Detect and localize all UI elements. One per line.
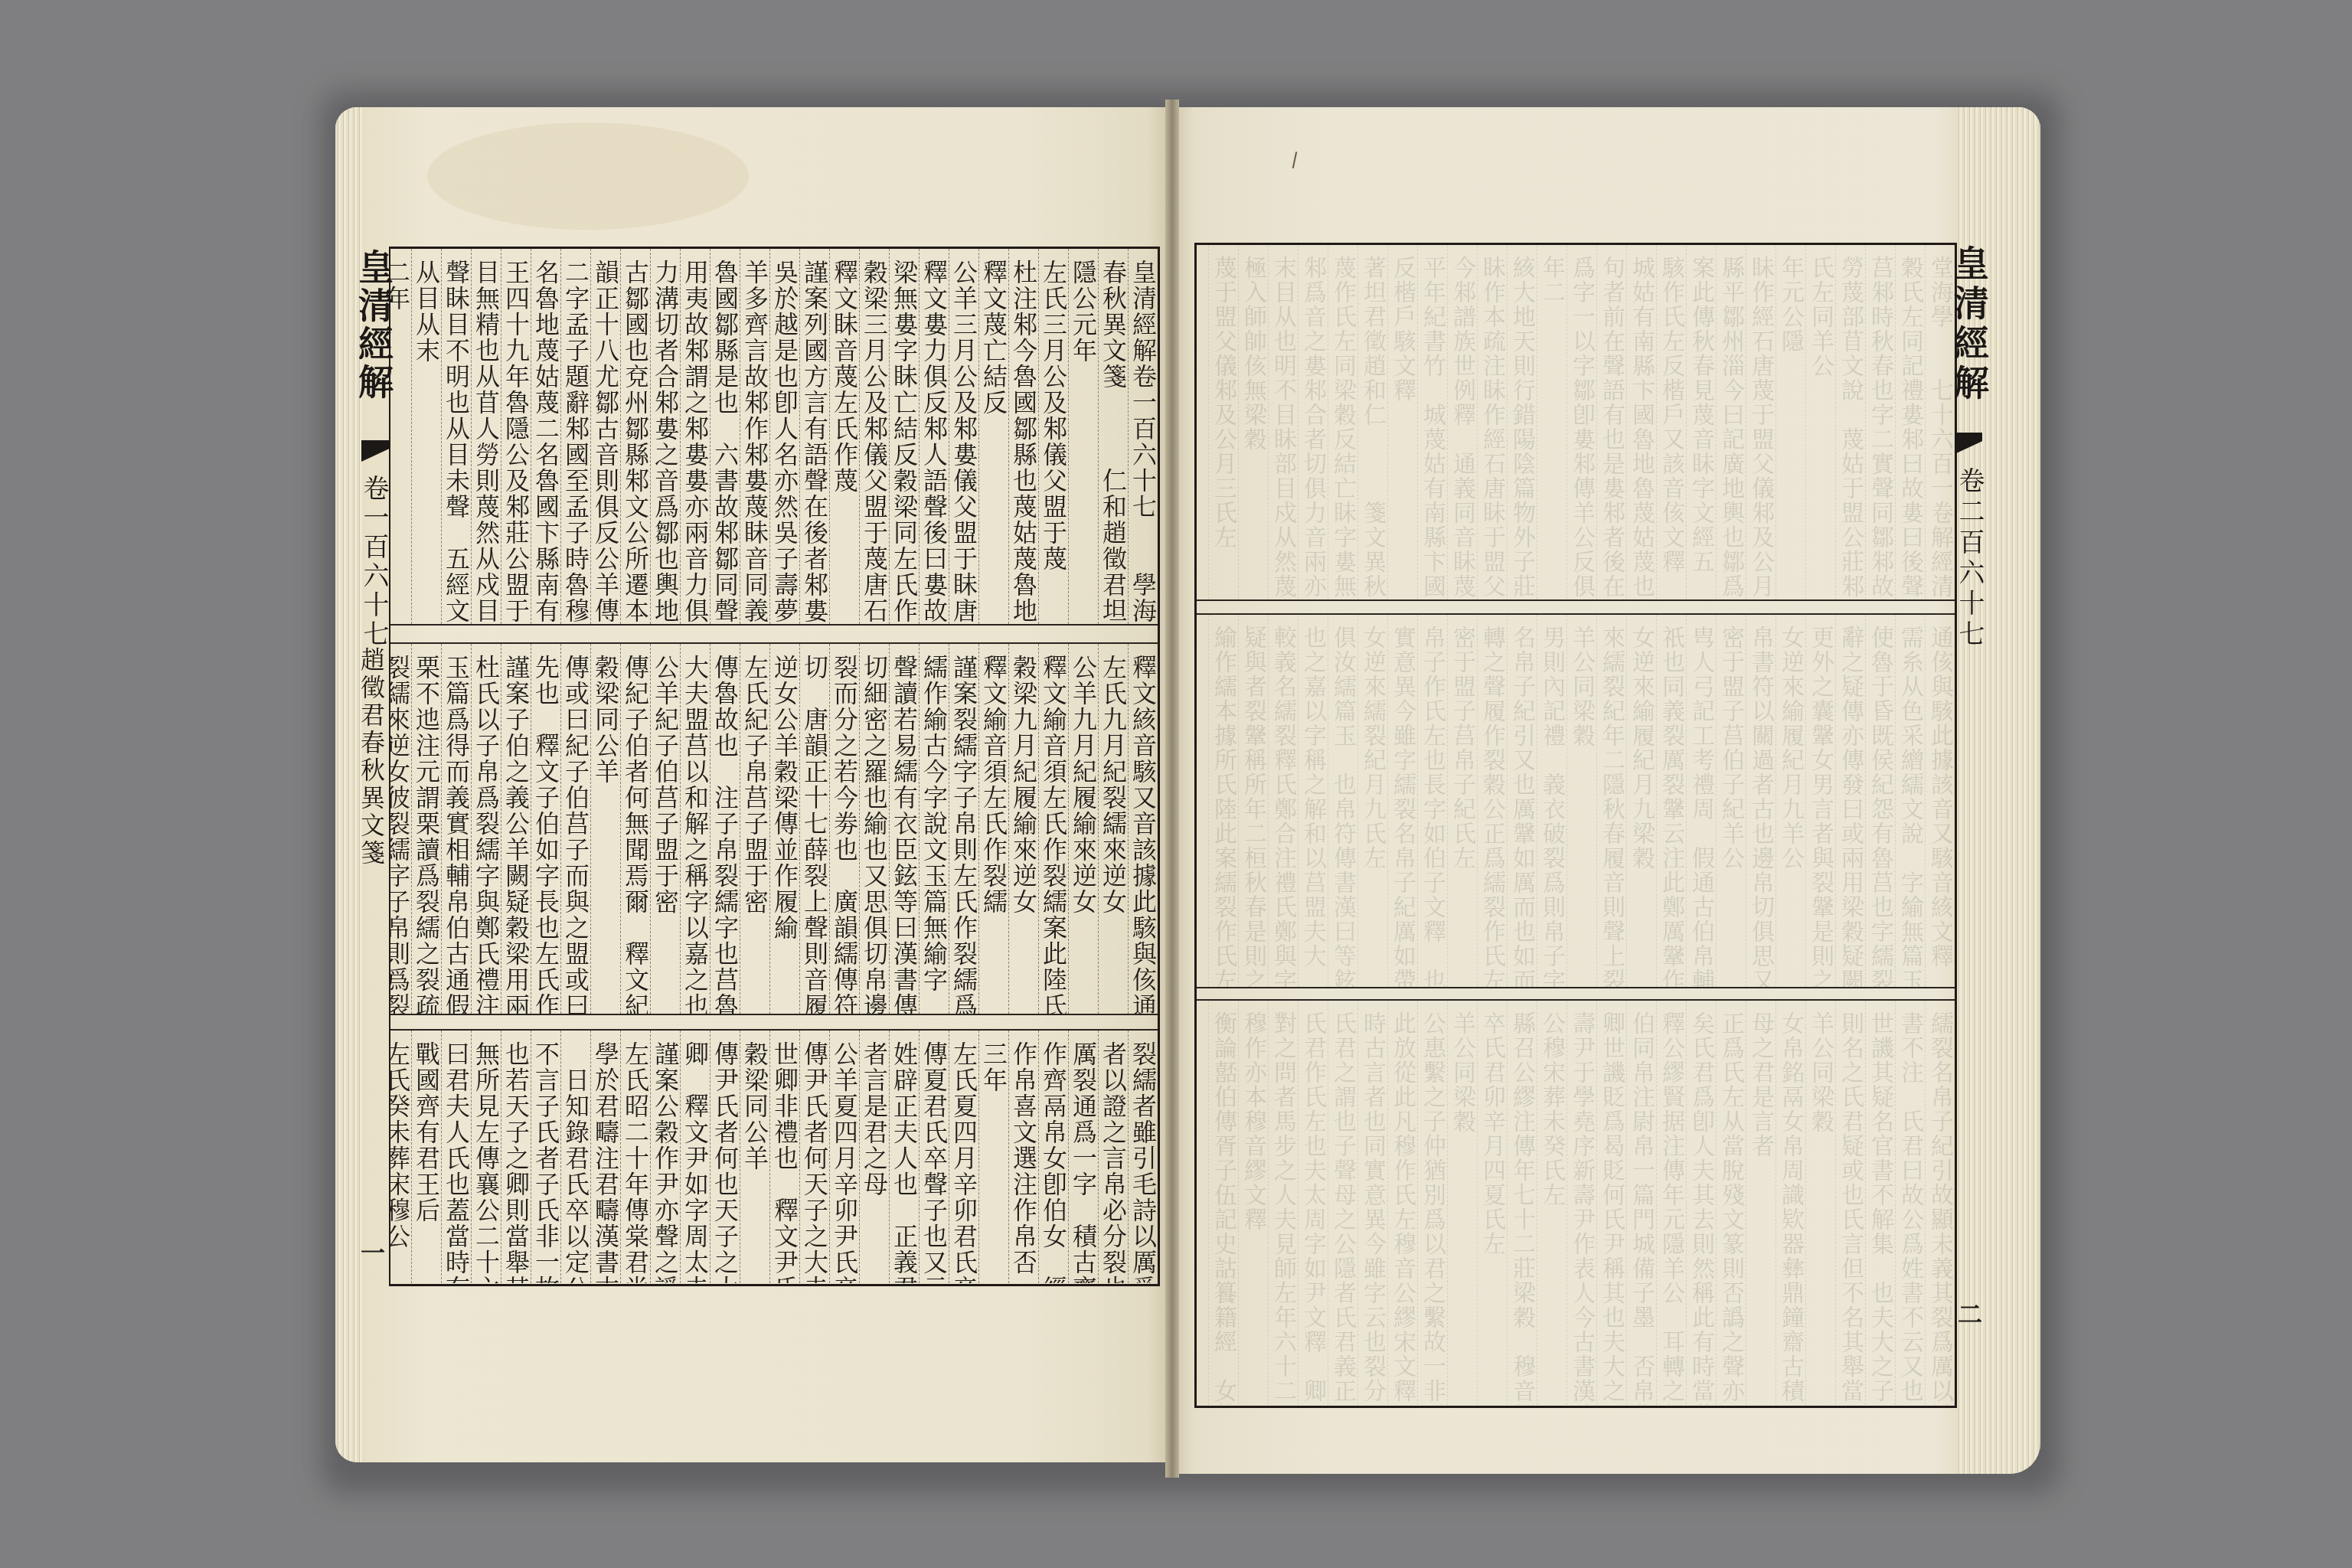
bleed-through-column: 名帛子紀引又也厲鞶如厲而也如而云注彼案也飾之帛 [1507, 615, 1537, 987]
bleed-through-column: 祇也同義裂厲裂鞶云注此鄭厲鞶作傳案與稱故定未而 [1656, 615, 1686, 987]
bleed-through-column: 伯同帛注尉帛一篇門城備子墨 否帛作注選文喜帛作 [1626, 1001, 1656, 1405]
text-column: 曰君夫人氏也蓋當時有此稱然則去其夫人卽爲君氏矣 [441, 1031, 471, 1283]
bleed-through-column: 平年紀書竹 城蔑姑有南縣卞國魯名二蔑姑蔑地魯名 [1417, 245, 1447, 599]
paper-mark [1292, 152, 1298, 168]
text-column: 韻正十八尤鄒古音則俱反公羊傳邾婁卽鄒字以一字爲 [590, 249, 620, 624]
bleed-through-column: 壽尹于學堯序新壽尹作表人今古書漢疇君注疇君於學 [1566, 1001, 1596, 1405]
text-column: 春秋異文箋 仁和趙徵君坦著 [1098, 249, 1128, 624]
bleed-through-column: 女帛銘鬲女帛周識欵器彝鼎鐘齋古積 字一爲通裂厲 [1775, 1001, 1805, 1405]
text-column: 杜氏以子帛爲裂繻字與鄭氏禮注合鄭氏釋裂繻名義較 [471, 644, 501, 1014]
bleed-through-column: 時古言者也同實意異今雖字云也裂分必帛言之證以者 [1357, 1001, 1387, 1405]
text-column: 穀梁九月紀履緰來逆女 [1008, 644, 1038, 1014]
text-column: 厲裂通爲一字 積古齋鐘鼎彝器欵識周帛女鬲銘帛女 [1068, 1031, 1098, 1283]
text-column: 聲讀若易繻有衣臣鉉等曰漢書傳符帛也 玉篇繻汝俱 [889, 644, 919, 1014]
text-column: 力溝切者合邾婁之音爲鄒也輿地廣記曰今淄州鄒平縣 [650, 249, 680, 624]
text-column: 釋文絯音駭又音該據此駭與侅通 [1128, 644, 1158, 1014]
text-column: 裂繻者雖引毛詩以厲爲裂其義未顯故引紀子帛名裂繻 [1128, 1031, 1158, 1283]
text-column: 戰國齊有君王后 [411, 1031, 441, 1283]
text-column: 二年 [390, 249, 411, 624]
text-column: 也若天子之卿則當舉其名不但言氏也或疑君氏之名則 [501, 1031, 531, 1283]
bleed-through-column: 衡論嚭伯傳胥子伍記史詁籑籍經 女伯卽女帛鬲齊作 [1208, 1001, 1238, 1405]
register-bottom-ghost: 繻裂名帛子紀引故顯未義其裂爲厲以詩毛引雖者繻裂書不注 氏君曰故公爲姓書不云又也子… [1197, 999, 1955, 1405]
text-column: 者以證之言帛必分裂也云字雖今異意實同也者言古時 [1098, 1031, 1128, 1283]
register-bottom: 裂繻者雖引毛詩以厲爲裂其義未顯故引紀子帛名裂繻者以證之言帛必分裂也云字雖今異意實… [390, 1029, 1158, 1283]
bleed-through-column: 公穆宋葬未癸氏左 [1537, 1001, 1566, 1405]
text-column: 名魯地蔑姑蔑二名魯國卞縣南有姑蔑城 竹書紀年平 [531, 249, 560, 624]
text-column: 釋文婁力俱反邾人語聲後曰婁故曰邾婁禮記同左氏穀 [919, 249, 949, 624]
bleed-through-column: 公惠繫之子仲猶別爲以君之繫故一非氏子者氏子言不 [1417, 1001, 1447, 1405]
register-top: 皇清經解卷一百六十七 學海堂春秋異文箋 仁和趙徵君坦著隱公元年左氏三月公及邾儀父… [390, 249, 1158, 626]
text-column: 栗不迆注元謂栗讀爲裂繻之裂疏讀從隱元年左氏傳紀 [411, 644, 441, 1014]
bleed-through-column: 繻裂名帛子紀引故顯未義其裂爲厲以詩毛引雖者繻裂 [1925, 1001, 1955, 1405]
text-column: 穀梁同公羊 [740, 1031, 769, 1283]
text-column: 魯國鄒縣是也 六書故邾鄒同聲實二字也春秋時邾莒 [710, 249, 740, 624]
bleed-through-column: 羊公同梁穀 [1805, 1001, 1835, 1405]
text-column: 學於君疇注君疇漢書古今人表作尹壽新序堯學于尹壽 [590, 1031, 620, 1283]
bleed-through-column: 年元公隱 [1775, 245, 1805, 599]
left-text-frame: 皇清經解卷一百六十七 學海堂春秋異文箋 仁和趙徵君坦著隱公元年左氏三月公及邾儀父… [389, 247, 1160, 1286]
bleed-through-column: 密于盟子莒伯子紀羊公 [1716, 615, 1746, 987]
left-banxin-title: 皇清經解 [361, 249, 389, 402]
text-column: 傳或曰紀子伯莒子而與之盟或曰年同爵同故紀子以伯 [560, 644, 590, 1014]
text-column: 者言是君之母 [859, 1031, 889, 1283]
text-column: 公羊九月紀履緰來逆女 [1068, 644, 1098, 1014]
text-column: 隱公元年 [1068, 249, 1098, 624]
left-page-number: 一 [361, 1240, 389, 1265]
bleed-through-column: 疑與者裂鞶稱所年二桓秋春是則之緣而飾物之帛繒有 [1238, 615, 1268, 987]
bleed-through-column: 較義名繻裂釋氏鄭合注禮氏鄭與字繻裂爲帛子以氏杜 [1268, 615, 1298, 987]
text-column: 繻作緰古今字說文玉篇無緰字 說文繻繒采色从糸需 [919, 644, 949, 1014]
text-column: 二字孟子題辭邾國至孟子時魯穆公改曰鄒 釋例土地 [560, 249, 590, 624]
right-banxin-juan: 卷二百六十七 [1955, 467, 1986, 651]
text-column: 裂繻來逆女彼裂繻字子帛則爲裂破衣義 禮記內則男 [390, 644, 411, 1014]
bleed-through-column: 極入師帥侅無梁穀 [1238, 245, 1268, 599]
bleed-through-column: 縣召公繆注傳年七十二莊梁穀 穆音繆文釋姜繆與姜 [1507, 1001, 1537, 1405]
text-column: 梁無婁字眛亡結反穀梁同左氏作蔑 [889, 249, 919, 624]
text-column: 釋文蔑亡結反 [978, 249, 1008, 624]
bleed-through-column: 女逆來繻裂紀月九氏左 [1357, 615, 1387, 987]
text-column: 古鄒國也兗州鄒縣邾文公所遷本繹邑也有孟子家 唐 [620, 249, 650, 624]
bleed-through-column: 眛作本疏注眛作經石唐眛于盟父儀婁邾及公月三羊公 [1477, 245, 1507, 599]
bleed-through-column: 通侅與駭此據該音又駭音絯文釋 [1925, 615, 1955, 987]
bleed-through-column: 卿世譏貶爲曷貶何氏尹稱其也夫大之子天何者氏尹傳 [1596, 1001, 1626, 1405]
text-column: 左氏昭二十年傳棠君尚釋文君或作尹 荀子大略篇堯 [620, 1031, 650, 1283]
text-column: 左氏癸未葬宋穆公 [390, 1031, 411, 1283]
text-column: 作帛喜文選注作帛否 墨子備城門篇一帛尉注帛同伯 [1008, 1031, 1038, 1283]
text-column: 傳尹氏者何也天子之大夫也 集解不書官名疑其譏世 [710, 1031, 740, 1283]
bleed-through-column: 母之君是言者 [1746, 1001, 1775, 1405]
register-top-ghost: 堂海學 七十六百一卷解經清皇穀氏左同記禮婁邾曰故婁曰後聲語人邾反俱力婁文釋莒邾時… [1197, 245, 1955, 601]
text-column: 公羊紀子伯莒子盟于密 [650, 644, 680, 1014]
register-middle-ghost: 通侅與駭此據該音又駭音絯文釋需糸从色采繒繻文說 字緰無篇玉文說字今古緰作繻使魯于… [1197, 613, 1955, 988]
left-banxin-juan: 卷一百六十七 [361, 475, 389, 649]
bleed-through-column: 爲字一以字鄒卽婁邾傳羊公反俱則音古鄒尤八十正韻 [1566, 245, 1596, 599]
text-column: 謹案公穀作尹亦聲之譌否則篆文殘脫當从左氏爲正 [650, 1031, 680, 1283]
text-column: 傳紀子伯者何無聞焉爾 釋文紀子伯左氏作子帛 [620, 644, 650, 1014]
bleed-through-column: 辭之疑傳亦傳發曰或兩用梁穀疑闕羊公義之伯子案謹 [1835, 615, 1865, 987]
text-column: 日知錄君氏卒以定公十五年姒氏卒例之從左氏爲是 [560, 1031, 590, 1283]
bleed-through-column: 世譏其疑名官書不解集 也夫大之子天也何者氏尹傳 [1865, 1001, 1895, 1405]
text-column: 傳夏君氏卒聲子也又云不書姓爲公故曰君氏 注不書 [919, 1031, 949, 1283]
text-column: 傳尹氏者何天子之大夫也其稱尹氏何貶曷爲貶譏世卿 [799, 1031, 829, 1283]
bleed-through-column: 氏君作氏左也夫太周字如尹文釋 卿 [1298, 1001, 1328, 1405]
text-column: 謹案列國方言有語聲在後者邾婁是也有語聲在前者句 [799, 249, 829, 624]
text-column: 釋文眛音蔑左氏作蔑 [829, 249, 859, 624]
text-column: 左氏三月公及邾儀父盟于蔑 [1038, 249, 1068, 624]
bleed-through-column: 羊公同梁穀 [1447, 1001, 1477, 1405]
bleed-through-column: 矣氏君爲卽人夫其去則然稱此有時當蓋也氏人夫君曰 [1686, 1001, 1716, 1405]
text-column: 三年 [978, 1031, 1008, 1283]
text-column: 羊多齊言故邾作邾婁蔑眛音同義通 釋例世族譜邾今 [740, 249, 769, 624]
bleed-through-column: 來繻裂紀年二隱秋春履音則聲上裂薛七十正韻唐 切 [1596, 615, 1626, 987]
register-middle: 釋文絯音駭又音該據此駭與侅通左氏九月紀裂繻來逆女公羊九月紀履緰來逆女釋文緰音須左… [390, 642, 1158, 1015]
text-column: 釋文緰音須左氏作裂繻案此陸氏所據本繻作緰 [1038, 644, 1068, 1014]
text-column: 穀梁三月公及邾儀父盟于蔑唐石經作眛 [859, 249, 889, 624]
bleed-through-column: 年二 [1537, 245, 1566, 599]
text-column: 無所見左傳襄公二十六年左師見夫人之步馬者問之對 [471, 1031, 501, 1283]
text-column: 大夫盟莒以和解之稱字以嘉之也 [680, 644, 710, 1014]
bleed-through-column: 穀氏左同記禮婁邾曰故婁曰後聲語人邾反俱力婁文釋 [1895, 245, 1925, 599]
bleed-through-column: 釋公繆賢据注傳年元隱羊公 耳轉之聲通穆與繆案謹 [1656, 1001, 1686, 1405]
text-column: 杜注邾今魯國鄒縣也蔑姑蔑魯地魯國卞縣南有姑城 [1008, 249, 1038, 624]
text-column: 玉篇爲得而義實相輔帛伯古通假 周禮考工記弓人㽕 [441, 644, 471, 1014]
text-column: 不言子氏者子氏非一故繫之君以爲別猶仲子之繫惠公 [531, 1031, 560, 1283]
bleed-through-column: 氏君之謂也子聲母之公隱者氏君義正 也人夫正辟姓 [1328, 1001, 1357, 1405]
bleed-through-column: 穆作亦本穆音繆文釋 [1238, 1001, 1268, 1405]
bleed-through-column: 句者前在聲語有也是婁邾者後在聲語有言方國列案謹 [1596, 245, 1626, 599]
bleed-through-column: 使魯于昏既侯紀怨有魯莒也字繻裂帛子注 也故魯傳 [1865, 615, 1895, 987]
text-column: 用夷故邾謂之邾婁婁亦兩音力俱切者合邾婁之音爲邾 [680, 249, 710, 624]
bleed-through-column: 更外之囊鞶女男言者與裂鞶是則之緣飾有云義正也同 [1805, 615, 1835, 987]
bleed-through-column: 蔑作氏左同梁穀反結亡眛字婁無梁 [1328, 245, 1357, 599]
text-column: 釋文緰音須左氏作裂繻 [978, 644, 1008, 1014]
text-column: 切 唐韻正十七薛裂上聲則音履春秋隱二年紀裂繻來 [799, 644, 829, 1014]
text-column: 左氏紀子帛莒子盟于密 [740, 644, 769, 1014]
text-column: 从目从末 [411, 249, 441, 624]
text-column: 左氏九月紀裂繻來逆女 [1098, 644, 1128, 1014]
bleed-through-column: 羊公同梁穀 [1566, 615, 1596, 987]
bleed-through-column: 末目从也明不目眛部目戍从然蔑則勞人苜从也精無目 [1268, 245, 1298, 599]
bleed-through-column: 正爲氏左从當脫殘文篆則否譌之聲亦尹作穀公案謹 [1716, 1001, 1746, 1405]
text-column: 謹案子伯之義公羊闕疑穀梁用兩或曰發傳亦傳疑之辭 [501, 644, 531, 1014]
left-banxin-book-title: 趙徵君春秋異文箋 [361, 647, 389, 867]
bleed-through-column: 著坦君徵趙和仁 箋文異秋春 [1357, 245, 1387, 599]
bleed-through-column: 氏左同羊公 [1805, 245, 1835, 599]
text-column: 皇清經解卷一百六十七 學海堂 [1128, 249, 1158, 624]
right-text-frame: 堂海學 七十六百一卷解經清皇穀氏左同記禮婁邾曰故婁曰後聲語人邾反俱力婁文釋莒邾時… [1194, 243, 1957, 1408]
bleed-through-column: 莒邾時秋春也字二實聲同鄒邾故書六 也是縣鄒國魯 [1865, 245, 1895, 599]
bleed-through-column: 帛書符以關過者古也邊帛切俱思又也緰也羅之密細切 [1746, 615, 1775, 987]
text-column: 先也 釋文子伯如字長也左氏作子帛 [531, 644, 560, 1014]
bleed-through-column: 卒氏君卯辛月四夏氏左 [1477, 1001, 1507, 1405]
text-column: 王四十九年魯隱公及邾莊公盟于姑蔑 說文苜部蔑勞 [501, 249, 531, 624]
text-column: 穀梁同公羊 [590, 644, 620, 1014]
bleed-through-column: 勞蔑部苜文說 蔑姑于盟公莊邾及公隱魯年九十四王 [1835, 245, 1865, 599]
text-column: 目無精也从苜人勞則蔑然从戍目部眛目不明也从目末 [471, 249, 501, 624]
bleed-through-column: 男則內記禮 義衣破裂爲則帛子字繻裂彼女逆來繻裂 [1537, 615, 1566, 987]
bleed-through-column: 邾爲音之婁邾合者切俱力音兩亦婁婁邾之謂邾故夷用 [1298, 245, 1328, 599]
text-column: 世卿非禮也 釋文尹氏左氏作君氏 [769, 1031, 799, 1283]
bleed-through-column: 今邾譜族世例釋 通義同音眛蔑婁邾作邾故言齊多羊 [1447, 245, 1477, 599]
text-column: 裂而分之若今劵也 廣韻繻傳符帛緰衫緰帛也皆相俞 [829, 644, 859, 1014]
bleed-through-column: 眛作經石唐蔑于盟父儀邾及公月三梁穀 [1746, 245, 1775, 599]
bleed-through-column: 女逆來緰履紀月九梁穀 [1626, 615, 1656, 987]
right-banxin-title: 皇清經解 [1955, 245, 1986, 404]
bleed-through-column: 反楷戶駭文釋 [1387, 245, 1417, 599]
bleed-through-column: 實意異今雖字繻裂名帛子紀厲如帶垂云詩與裂鞶是則 [1387, 615, 1417, 987]
text-column: 公羊夏四月辛卯尹氏卒 [829, 1031, 859, 1283]
bleed-through-column: 蔑于盟父儀邾及公月三氏左 [1208, 245, 1238, 599]
bleed-through-column: 緰作繻本據所氏陸此案繻裂作氏左須音緰文釋 [1208, 615, 1238, 987]
text-column: 吳於越是也卽人名亦然吳子壽夢寺人惠牆伊戾是也公 [769, 249, 799, 624]
bleed-through-column: 密于盟子莒帛子紀氏左 [1447, 615, 1477, 987]
bleed-through-column: 書不注 氏君曰故公爲姓書不云又也子聲卒氏君夏傳 [1895, 1001, 1925, 1405]
bleed-through-column: 則名之氏君疑或也氏言但不名其舉當則卿之子天若也 [1835, 1001, 1865, 1405]
text-column: 左氏夏四月辛卯君氏卒 [949, 1031, 978, 1283]
bleed-through-column: 也之嘉以字稱之解和以莒盟夫大 [1298, 615, 1328, 987]
bleed-through-column: 轉之聲履作裂穀公正爲繻裂作氏左則帛子字繻裂案謹 [1477, 615, 1507, 987]
text-column: 切細密之羅也緰也又思俱切帛邊也古者過關以符書帛 [859, 644, 889, 1014]
bleed-through-column: 駭作氏左反楷戶又該音侅文釋 [1656, 245, 1686, 599]
bleed-through-column: 對之問者馬步之人夫見師左年六十二公襄傳左見所無 [1268, 1001, 1298, 1405]
bleed-through-column: 俱汝繻篇玉 也帛符傳書漢曰等鉉臣衣有繻易若讀聲 [1328, 615, 1357, 987]
bleed-through-column: 案此傳秋春見蔑音眛字文經五 聲未目从也明不目眛聲 [1686, 245, 1716, 599]
bleed-through-column: 需糸从色采繒繻文說 字緰無篇玉文說字今古緰作繻 [1895, 615, 1925, 987]
text-column: 逆女公羊穀梁傳並作履緰 [769, 644, 799, 1014]
text-column: 傳魯故也 注子帛裂繻字也莒魯有怨紀侯既昏于魯使 [710, 644, 740, 1014]
bleed-through-column: 帛子作氏左也長字如伯子文釋 也先 [1417, 615, 1447, 987]
text-column: 公羊三月公及邾婁儀父盟于眛唐石經作眛注疏本作眛 [949, 249, 978, 624]
text-column: 作齊鬲帛女卽伯女 經籍籑詁史記伍子胥傳伯嚭論衡 [1038, 1031, 1068, 1283]
bleed-through-column: 城姑有南縣卞國魯地魯蔑姑蔑也縣鄒國魯今邾注杜 [1626, 245, 1656, 599]
right-page-number: 二 [1958, 1302, 1986, 1326]
paper-stain [427, 122, 749, 230]
text-column: 謹案裂繻字子帛則左氏作裂繻爲正公穀裂作履聲之轉 [949, 644, 978, 1014]
bleed-through-column: 絯大地天則行錯陽陰篇物外子莊 聲亥馬从也驚駭聲 [1507, 245, 1537, 599]
bleed-through-column: 㽕人弓記工考禮周 假通古伯帛輔相實義而得爲篇玉 [1686, 615, 1716, 987]
bleed-through-column: 縣平鄒州淄今曰記廣地輿也鄒爲音之婁邾合者切溝力 [1716, 245, 1746, 599]
book-gutter [1165, 100, 1179, 1478]
text-column: 聲眛目不明也从目未聲 五經文字眛音蔑見春秋傳此案 [441, 249, 471, 624]
bleed-through-column: 此放從此凡穆作氏左穆音公繆宋文釋 [1387, 1001, 1417, 1405]
text-column: 卿 釋文尹如字周太夫也左氏作君氏 [680, 1031, 710, 1283]
text-column: 姓辟正夫人也 正義君氏者隱公之母聲子也謂之君氏 [889, 1031, 919, 1283]
bleed-through-column: 女逆來緰履紀月九羊公 [1775, 615, 1805, 987]
